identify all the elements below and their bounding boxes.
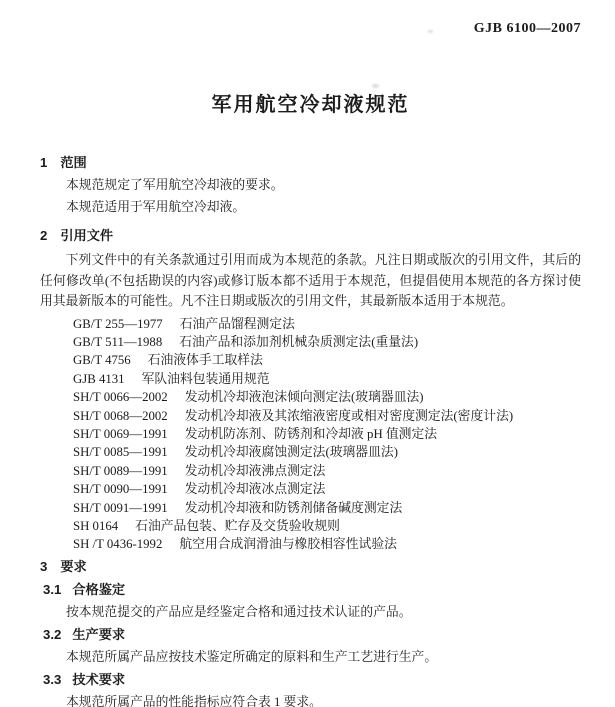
section-1-paragraph-2: 本规范适用于军用航空冷却液。 xyxy=(40,200,581,215)
section-3-3-paragraph: 本规范所属产品的性能指标应符合表 1 要求。 xyxy=(40,695,581,707)
reference-item: SH/T 0066—2002发动机冷却液泡沫倾向测定法(玻璃器皿法) xyxy=(73,388,581,406)
reference-item: SH /T 0436-1992航空用合成润滑油与橡胶相容性试验法 xyxy=(73,535,581,553)
section-2-intro-paragraph: 下列文件中的有关条款通过引用而成为本规范的条款。凡注日期或版次的引用文件，其后的… xyxy=(40,250,581,312)
reference-item: GB/T 511—1988石油产品和添加剂机械杂质测定法(重量法) xyxy=(73,333,581,351)
section-3-2-number: 3.2 xyxy=(43,627,61,643)
reference-name: 军队油料包装通用规范 xyxy=(142,372,270,386)
section-2-title: 引用文件 xyxy=(60,228,113,243)
section-3-2-title: 生产要求 xyxy=(72,627,125,642)
scan-smudge xyxy=(372,84,379,88)
reference-item: SH/T 0085—1991发动机冷却液腐蚀测定法(玻璃器皿法) xyxy=(73,443,581,461)
reference-item: SH/T 0091—1991发动机冷却液和防锈剂储备碱度测定法 xyxy=(73,499,581,517)
section-1-heading: 1范围 xyxy=(40,155,581,171)
scan-smudge xyxy=(428,30,433,33)
reference-code: GB/T 4756 xyxy=(73,351,131,369)
reference-name: 石油产品包装、贮存及交货验收规则 xyxy=(135,519,340,533)
reference-name: 发动机冷却液腐蚀测定法(玻璃器皿法) xyxy=(185,445,398,459)
reference-name: 发动机冷却液及其浓缩液密度或相对密度测定法(密度计法) xyxy=(185,409,513,423)
section-3-1-paragraph: 按本规范提交的产品应是经鉴定合格和通过技术认证的产品。 xyxy=(40,605,581,620)
reference-code: SH/T 0089—1991 xyxy=(73,462,168,480)
section-3-1-heading: 3.1合格鉴定 xyxy=(43,582,581,598)
section-1-title: 范围 xyxy=(60,155,86,170)
page-title: 军用航空冷却液规范 xyxy=(40,88,581,117)
reference-name: 石油产品馏程测定法 xyxy=(180,317,295,331)
section-3-title: 要求 xyxy=(60,559,86,574)
section-3-3-heading: 3.3技术要求 xyxy=(43,672,581,688)
reference-item: SH/T 0068—2002发动机冷却液及其浓缩液密度或相对密度测定法(密度计法… xyxy=(73,407,581,425)
reference-item: GJB 4131军队油料包装通用规范 xyxy=(73,370,581,388)
reference-name: 石油产品和添加剂机械杂质测定法(重量法) xyxy=(179,335,418,349)
reference-name: 发动机冷却液和防锈剂储备碱度测定法 xyxy=(185,501,403,515)
doc-number: GJB 6100—2007 xyxy=(40,21,581,37)
reference-name: 发动机冷却液沸点测定法 xyxy=(185,464,326,478)
reference-name: 石油液体手工取样法 xyxy=(148,353,263,367)
reference-item: GB/T 4756石油液体手工取样法 xyxy=(73,351,581,369)
reference-item: SH/T 0069—1991发动机防冻剂、防锈剂和冷却液 pH 值测定法 xyxy=(73,425,581,443)
reference-name: 发动机防冻剂、防锈剂和冷却液 pH 值测定法 xyxy=(185,427,437,441)
reference-item: GB/T 255—1977石油产品馏程测定法 xyxy=(73,315,581,333)
section-3-2-heading: 3.2生产要求 xyxy=(43,627,581,643)
section-3-heading: 3要求 xyxy=(40,559,581,575)
section-3-1-title: 合格鉴定 xyxy=(72,582,125,597)
reference-code: GB/T 255—1977 xyxy=(73,315,163,333)
section-3-2-paragraph: 本规范所属产品应按技术鉴定所确定的原料和生产工艺进行生产。 xyxy=(40,650,581,665)
reference-code: SH/T 0069—1991 xyxy=(73,425,168,443)
section-1-paragraph-1: 本规范规定了军用航空冷却液的要求。 xyxy=(40,178,581,193)
reference-item: SH 0164石油产品包装、贮存及交货验收规则 xyxy=(73,517,581,535)
reference-code: SH/T 0068—2002 xyxy=(73,407,168,425)
section-2-heading: 2引用文件 xyxy=(40,228,581,244)
reference-item: SH/T 0089—1991发动机冷却液沸点测定法 xyxy=(73,462,581,480)
reference-name: 发动机冷却液泡沫倾向测定法(玻璃器皿法) xyxy=(185,390,424,404)
reference-list: GB/T 255—1977石油产品馏程测定法 GB/T 511—1988石油产品… xyxy=(73,315,581,554)
section-3-3-number: 3.3 xyxy=(43,672,61,688)
reference-code: SH/T 0085—1991 xyxy=(73,443,168,461)
reference-code: SH 0164 xyxy=(73,517,118,535)
section-2-number: 2 xyxy=(40,228,47,244)
reference-code: SH/T 0090—1991 xyxy=(73,480,168,498)
section-3-number: 3 xyxy=(40,559,47,575)
section-3-1-number: 3.1 xyxy=(43,582,61,598)
reference-item: SH/T 0090—1991发动机冷却液冰点测定法 xyxy=(73,480,581,498)
section-1-number: 1 xyxy=(40,155,47,171)
reference-code: SH/T 0091—1991 xyxy=(73,499,168,517)
reference-code: SH/T 0066—2002 xyxy=(73,388,168,406)
reference-code: GB/T 511—1988 xyxy=(73,333,162,351)
document-page: GJB 6100—2007 军用航空冷却液规范 1范围 本规范规定了军用航空冷却… xyxy=(0,0,615,707)
reference-code: GJB 4131 xyxy=(73,370,125,388)
reference-code: SH /T 0436-1992 xyxy=(73,535,162,553)
reference-name: 航空用合成润滑油与橡胶相容性试验法 xyxy=(179,537,397,551)
section-3-3-title: 技术要求 xyxy=(72,672,125,687)
reference-name: 发动机冷却液冰点测定法 xyxy=(185,482,326,496)
